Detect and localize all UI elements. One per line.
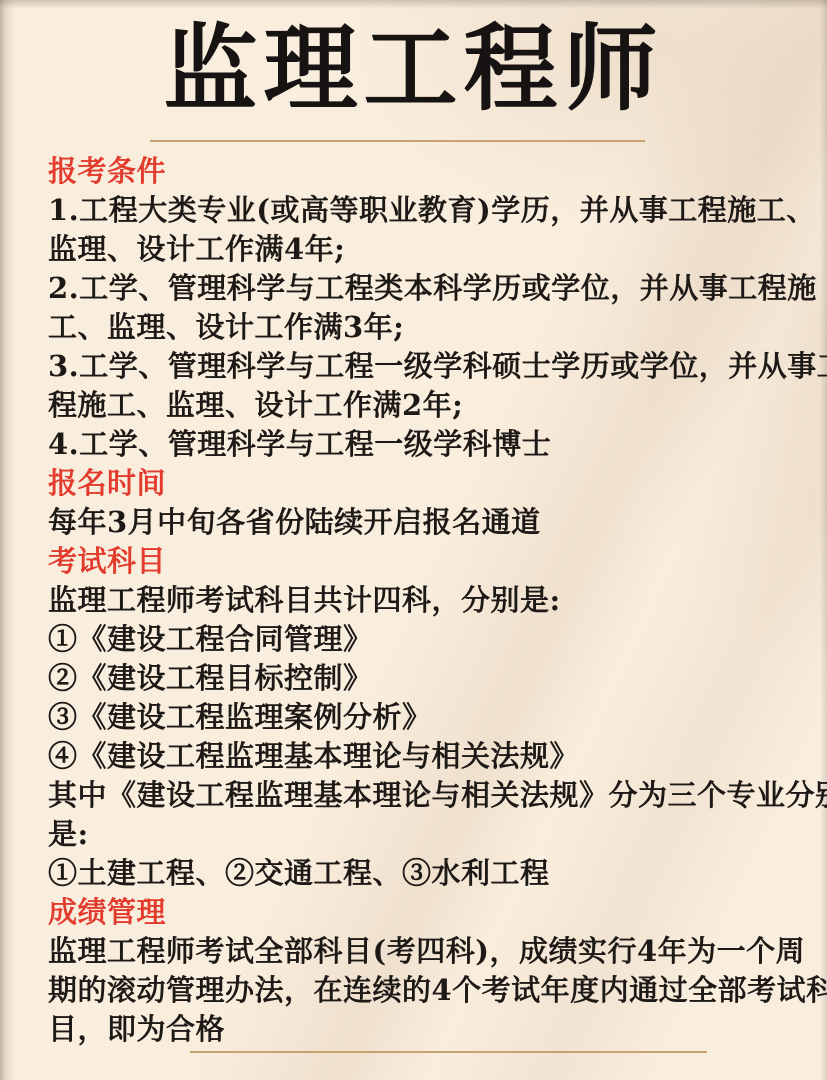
text-line: ①《建设工程合同管理》 [48, 620, 787, 659]
poster-content: 报考条件 1.工程大类专业(或高等职业教育)学历，并从事工程施工、 监理、设计工… [0, 152, 827, 1049]
text-line: 期的滚动管理办法，在连续的4个考试年度内通过全部考试科 [48, 971, 787, 1010]
text-line: 监理工程师考试科目共计四科，分别是: [48, 581, 787, 620]
text-line: 1.工程大类专业(或高等职业教育)学历，并从事工程施工、 [48, 191, 787, 230]
text-line: 其中《建设工程监理基本理论与相关法规》分为三个专业分别 [48, 776, 787, 815]
text-line: 每年3月中旬各省份陆续开启报名通道 [48, 503, 787, 542]
text-line: 工、监理、设计工作满3年; [48, 308, 787, 347]
text-line: ②《建设工程目标控制》 [48, 659, 787, 698]
text-line: ④《建设工程监理基本理论与相关法规》 [48, 737, 787, 776]
section-heading-exam-subjects: 考试科目 [48, 542, 787, 581]
section-heading-score-management: 成绩管理 [48, 893, 787, 932]
section-heading-registration-time: 报名时间 [48, 464, 787, 503]
text-line: 监理、设计工作满4年; [48, 230, 787, 269]
poster-page: 监理工程师 报考条件 1.工程大类专业(或高等职业教育)学历，并从事工程施工、 … [0, 0, 827, 1080]
text-line: 是: [48, 815, 787, 854]
title-divider [150, 140, 645, 142]
text-line: 4.工学、管理科学与工程一级学科博士 [48, 425, 787, 464]
page-title: 监理工程师 [0, 0, 827, 124]
text-line: 3.工学、管理科学与工程一级学科硕士学历或学位，并从事工 [48, 347, 787, 386]
text-line: ①土建工程、②交通工程、③水利工程 [48, 854, 787, 893]
bottom-divider [190, 1051, 707, 1053]
text-line: ③《建设工程监理案例分析》 [48, 698, 787, 737]
text-line: 监理工程师考试全部科目(考四科)，成绩实行4年为一个周 [48, 932, 787, 971]
section-heading-exam-requirements: 报考条件 [48, 152, 787, 191]
text-line: 目，即为合格 [48, 1010, 787, 1049]
text-line: 程施工、监理、设计工作满2年; [48, 386, 787, 425]
text-line: 2.工学、管理科学与工程类本科学历或学位，并从事工程施 [48, 269, 787, 308]
